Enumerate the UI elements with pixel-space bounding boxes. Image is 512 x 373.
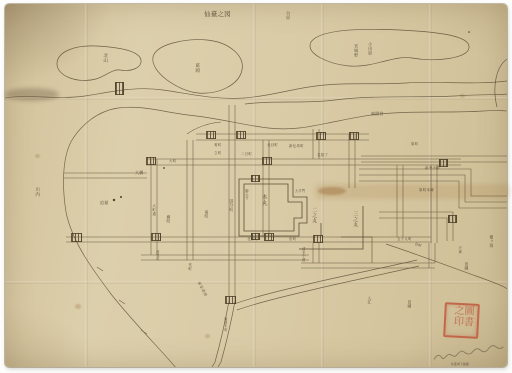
gate-bridge-hatch — [236, 131, 246, 139]
map-label: 国分町 — [230, 199, 234, 212]
map-label: 河原町 — [155, 250, 158, 261]
gate-bridge-hatch — [349, 132, 359, 140]
scan-background: 仙臺之図台原北山葛岡宮城野小田原東照宮原町川内大橋追廻御天守本丸二之丸三之丸大手… — [0, 0, 512, 373]
map-label: 御天守 — [244, 189, 247, 200]
map-label: 原町本郷 — [419, 189, 434, 193]
map-label: 名掛丁 — [317, 154, 328, 158]
map-label: 南材木町 — [223, 317, 226, 332]
map-label: 入江 — [368, 296, 372, 305]
gate-bridge-hatch — [448, 215, 457, 223]
map-label: 榴ヶ岡 — [490, 235, 494, 248]
map-paper: 仙臺之図台原北山葛岡宮城野小田原東照宮原町川内大橋追廻御天守本丸二之丸三之丸大手… — [5, 4, 507, 367]
map-label: 追廻 — [100, 201, 108, 205]
gate-bridge-hatch — [262, 157, 272, 165]
map-label: 三之丸 — [352, 211, 357, 228]
map-label: 二日町 — [241, 153, 252, 157]
map-label: 川内 — [34, 187, 39, 197]
gate-bridge-hatch — [71, 233, 82, 242]
map-label: 葛岡 — [194, 63, 199, 73]
map-label: 仙臺之図 — [204, 11, 231, 18]
map-label: 北目町 — [247, 238, 258, 242]
map-label: 田圃 — [408, 300, 412, 309]
map-label: 立町 — [214, 152, 221, 156]
map-label: 小田原 — [368, 42, 372, 56]
map-label: 新伝馬町 — [289, 145, 304, 149]
map-label: 肴町 — [214, 144, 221, 148]
map-label: 大橋 — [135, 171, 143, 175]
gate-bridge-hatch — [206, 131, 216, 139]
gate-bridge-hatch — [115, 82, 124, 95]
gate-bridge-hatch — [151, 233, 161, 241]
gate-bridge-hatch — [251, 175, 260, 182]
map-label: 宮城野 — [354, 44, 358, 58]
seal-text: 圖書之印 — [451, 304, 473, 336]
map-label: 東照宮 — [371, 112, 384, 116]
street-grid — [64, 105, 507, 301]
map-label: 田圃 — [465, 262, 469, 271]
tree-marks — [113, 31, 470, 201]
gate-bridge-hatch — [316, 132, 326, 140]
river-and-roads — [5, 81, 507, 367]
map-label: 原町 — [411, 143, 418, 147]
map-label: 本丸 — [260, 194, 266, 206]
map-label: 南町 — [205, 210, 209, 219]
gate-bridge-hatch — [264, 233, 274, 241]
map-label: 五十人町 — [397, 238, 412, 242]
map-label: 田町 — [289, 238, 296, 242]
gate-bridge-hatch — [313, 235, 323, 243]
library-seal-stamp: 圖書之印 — [443, 302, 480, 339]
map-label: 柳町 — [167, 215, 171, 224]
map-label: 大手門 — [295, 190, 305, 193]
map-label: 天神 — [458, 246, 462, 254]
map-label: 北目町 — [267, 144, 278, 148]
hill-outlines — [57, 29, 507, 107]
map-label: 清水小路 — [301, 247, 304, 262]
map-label: 大町 — [169, 160, 176, 164]
gate-bridge-hatch — [439, 159, 448, 167]
map-label: 大町通 — [152, 204, 156, 216]
gate-bridge-hatch — [146, 157, 156, 165]
map-label: 北山 — [102, 53, 107, 63]
map-label: 台原 — [286, 11, 290, 20]
map-label: 荒町 — [188, 263, 192, 271]
map-label: 新寺小路 — [425, 167, 440, 171]
handwritten-annotation-scribble — [433, 345, 504, 360]
map-ink-svg — [5, 4, 507, 367]
map-label: 二之丸 — [311, 207, 316, 224]
gate-bridge-hatch — [225, 296, 236, 304]
map-label: 仙䑓城下繪圖 — [451, 363, 469, 366]
